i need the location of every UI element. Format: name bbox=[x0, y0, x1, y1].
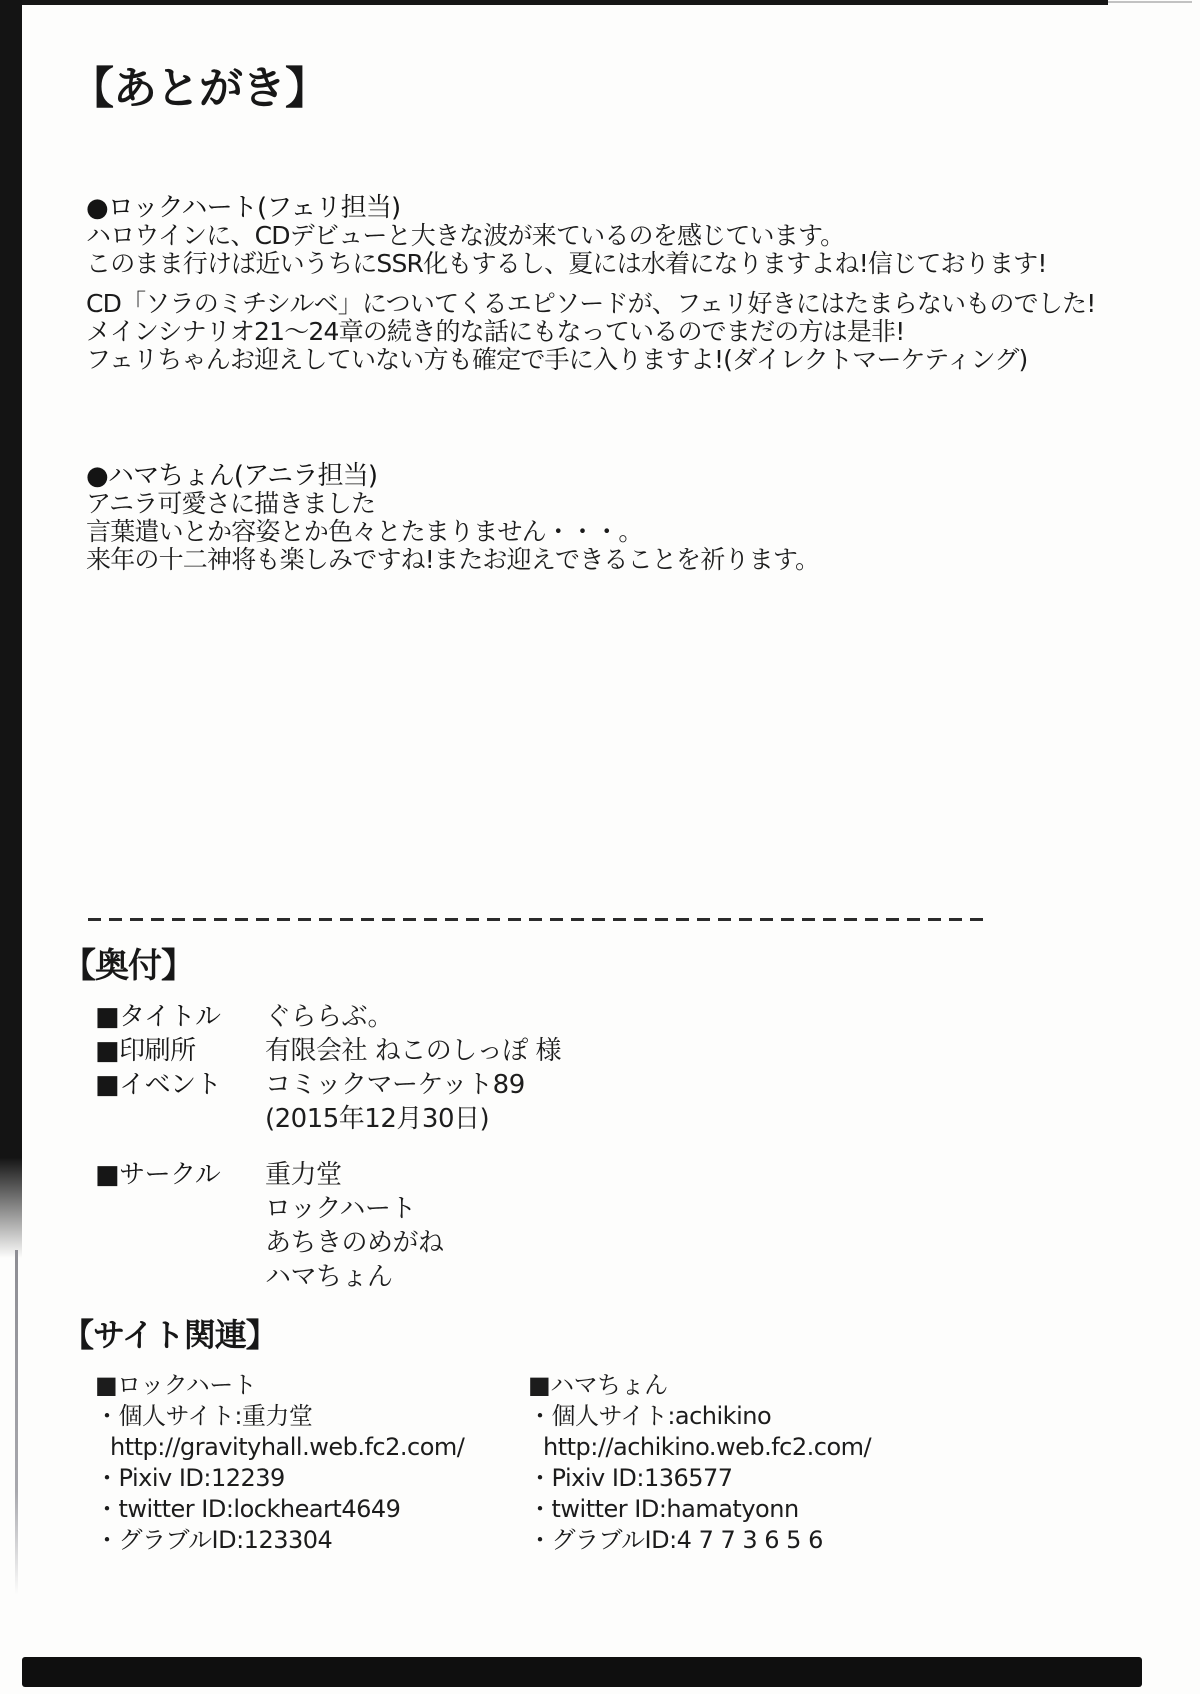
colophon-value: 有限会社 ねこのしっぽ 様 bbox=[265, 1034, 561, 1068]
pixiv-id-line: ・Pixiv ID:12239 bbox=[95, 1463, 464, 1494]
left-edge-line bbox=[15, 1250, 18, 1595]
colophon-value: (2015年12月30日) bbox=[265, 1102, 525, 1136]
colophon-label: ■タイトル bbox=[95, 1000, 265, 1034]
site-url: http://gravityhall.web.fc2.com/ bbox=[95, 1432, 464, 1463]
colophon-heading: 【奥付】 bbox=[62, 938, 194, 987]
afterword-line: 言葉遣いとか容姿とか色々とたまりません・・・。 bbox=[86, 518, 819, 546]
section-header: ●ハマちょん(アニラ担当) bbox=[86, 462, 819, 490]
page-left-border bbox=[0, 0, 22, 1258]
colophon-value: ぐららぶ。 bbox=[265, 1000, 393, 1034]
afterword-line: メインシナリオ21〜24章の続き的な話にもなっているのでまだの方は是非! bbox=[86, 318, 1095, 346]
afterword-section-lockheart: ●ロックハート(フェリ担当) ハロウインに、CDデビューと大きな波が来ているのを… bbox=[86, 194, 1095, 374]
page-title: 【あとがき】 bbox=[70, 52, 328, 116]
granblue-id-line: ・グラブルID:123304 bbox=[95, 1525, 464, 1556]
page-bottom-bar bbox=[22, 1657, 1142, 1687]
afterword-line: CD「ソラのミチシルベ」についてくるエピソードが、フェリ好きにはたまらないもので… bbox=[86, 290, 1095, 318]
colophon-label: ■印刷所 bbox=[95, 1034, 265, 1068]
site-column-lockheart: ■ロックハート ・個人サイト:重力堂 http://gravityhall.we… bbox=[95, 1370, 464, 1556]
afterword-line: 来年の十二神将も楽しみですね!またお迎えできることを祈ります。 bbox=[86, 546, 819, 574]
colophon-value: コミックマーケット89 bbox=[265, 1068, 525, 1102]
twitter-id-line: ・twitter ID:hamatyonn bbox=[528, 1494, 871, 1525]
colophon-value: 重力堂 bbox=[265, 1158, 444, 1192]
afterword-section-hamachon: ●ハマちょん(アニラ担当) アニラ可愛さに描きました 言葉遣いとか容姿とか色々と… bbox=[86, 462, 819, 574]
colophon-rows: ■タイトル ぐららぶ。 ■印刷所 有限会社 ねこのしっぽ 様 ■イベント コミッ… bbox=[95, 1000, 561, 1294]
page-top-border bbox=[0, 0, 1108, 5]
colophon-value: あちきのめがね bbox=[265, 1226, 444, 1260]
afterword-line: このまま行けば近いうちにSSR化もするし、夏には水着になりますよね!信じておりま… bbox=[86, 250, 1095, 278]
site-author-name: ■ロックハート bbox=[95, 1370, 464, 1401]
afterword-line: ハロウインに、CDデビューと大きな波が来ているのを感じています。 bbox=[86, 222, 1095, 250]
colophon-label: ■イベント bbox=[95, 1068, 265, 1136]
dashed-separator bbox=[88, 918, 986, 921]
colophon-row-event: ■イベント コミックマーケット89 (2015年12月30日) bbox=[95, 1068, 561, 1136]
colophon-value: ハマちょん bbox=[265, 1260, 444, 1294]
colophon-row-printer: ■印刷所 有限会社 ねこのしっぽ 様 bbox=[95, 1034, 561, 1068]
granblue-id-line: ・グラブルID:4 7 7 3 6 5 6 bbox=[528, 1525, 871, 1556]
site-url: http://achikino.web.fc2.com/ bbox=[528, 1432, 871, 1463]
colophon-row-circle: ■サークル 重力堂 ロックハート あちきのめがね ハマちょん bbox=[95, 1158, 561, 1294]
site-column-hamachon: ■ハマちょん ・個人サイト:achikino http://achikino.w… bbox=[528, 1370, 871, 1556]
colophon-value: ロックハート bbox=[265, 1192, 444, 1226]
sites-heading: 【サイト関連】 bbox=[62, 1310, 277, 1356]
page-top-border-faint bbox=[1108, 1, 1192, 3]
section-header: ●ロックハート(フェリ担当) bbox=[86, 194, 1095, 222]
colophon-label: ■サークル bbox=[95, 1158, 265, 1294]
personal-site-line: ・個人サイト:重力堂 bbox=[95, 1401, 464, 1432]
afterword-line: フェリちゃんお迎えしていない方も確定で手に入りますよ!(ダイレクトマーケティング… bbox=[86, 346, 1095, 374]
pixiv-id-line: ・Pixiv ID:136577 bbox=[528, 1463, 871, 1494]
colophon-row-title: ■タイトル ぐららぶ。 bbox=[95, 1000, 561, 1034]
afterword-line: アニラ可愛さに描きました bbox=[86, 490, 819, 518]
site-author-name: ■ハマちょん bbox=[528, 1370, 871, 1401]
twitter-id-line: ・twitter ID:lockheart4649 bbox=[95, 1494, 464, 1525]
personal-site-line: ・個人サイト:achikino bbox=[528, 1401, 871, 1432]
